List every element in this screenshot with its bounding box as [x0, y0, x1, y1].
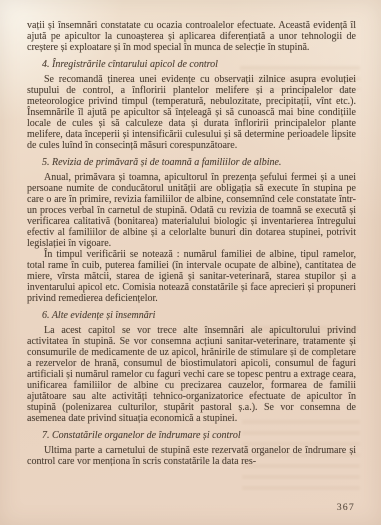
section-6-paragraph: La acest capitol se vor trece alte însem… — [27, 325, 356, 424]
section-heading-6: 6. Alte evidențe și însemnări — [42, 310, 356, 321]
section-heading-4: 4. Înregistrările cîntarului apicol de c… — [42, 59, 356, 70]
section-5-paragraph-2: În timpul verificării se notează : număr… — [27, 249, 356, 304]
section-4-paragraph: Se recomandă ținerea unei evidențe cu ob… — [27, 74, 356, 151]
paragraph-continued-from-previous-page: vații și însemnări constatate cu ocazia … — [27, 20, 356, 53]
section-7-paragraph: Ultima parte a carnetului de stupină est… — [27, 445, 356, 467]
section-heading-7: 7. Constatările organelor de îndrumare ș… — [42, 430, 356, 441]
section-heading-5: 5. Revizia de primăvară și de toamnă a f… — [42, 157, 356, 168]
body-text-column: vații și însemnări constatate cu ocazia … — [27, 20, 356, 467]
section-5-paragraph-1: Anual, primăvara și toamna, apicultorul … — [27, 172, 356, 249]
scanned-book-page: vații și însemnări constatate cu ocazia … — [0, 0, 381, 525]
page-number: 367 — [337, 502, 355, 513]
